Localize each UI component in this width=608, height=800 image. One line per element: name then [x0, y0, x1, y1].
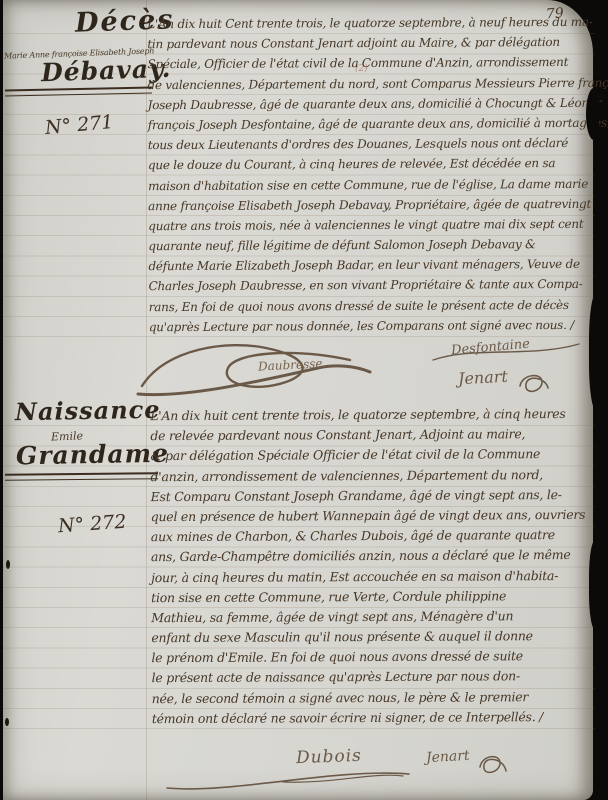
- record-deces-margin-underline: [5, 86, 152, 96]
- signature-jenart-record1: Jenart: [458, 367, 509, 389]
- body-line: témoin ont déclaré ne savoir écrire ni s…: [152, 707, 598, 730]
- body-line: tous deux Lieutenants d'ordres des Douan…: [148, 133, 598, 156]
- body-line: rans, En foi de quoi nous avons dressé d…: [149, 294, 599, 317]
- record-naissance-margin-title: Naissance: [15, 395, 161, 427]
- signature-jenart-record2-paraph: [476, 751, 508, 779]
- body-line: née, le second témoin a signé avec nous,…: [152, 686, 598, 709]
- body-line: & par délégation Spéciale Officier de l'…: [150, 444, 596, 467]
- body-line: ans, Garde-Champêtre domiciliés anzin, n…: [151, 545, 597, 568]
- body-line: maison d'habitation sise en cette Commun…: [148, 173, 598, 196]
- record-deces-act-number: N° 271: [44, 111, 114, 139]
- record-naissance-margin-underline: [5, 472, 158, 481]
- photo-edge-irregularity: [589, 540, 598, 630]
- body-line: le prénom d'Emile. En foi de quoi nous a…: [151, 646, 597, 669]
- body-line: L'An dix huit cent trente trois, le quat…: [150, 404, 596, 427]
- body-line: qu'après Lecture par nous donnée, les Co…: [149, 315, 599, 338]
- body-line: Joseph Daubresse, âgé de quarante deux a…: [148, 93, 598, 116]
- signature-dubois-flourish: [163, 762, 413, 792]
- signature-jenart-record2: Jenart: [426, 748, 470, 766]
- body-line: anne françoise Elisabeth Joseph Debavay,…: [148, 194, 598, 217]
- edge-speck: [5, 718, 9, 726]
- body-line: de valenciennes, Département du nord, so…: [147, 72, 597, 95]
- signature-jenart-record1-paraph: [516, 370, 550, 398]
- signature-desfontaine-flourish: [431, 342, 581, 364]
- body-line: d'anzin, arrondissement de valenciennes,…: [150, 464, 596, 487]
- body-line: Charles Joseph Daubresse, en son vivant …: [149, 274, 599, 297]
- body-line: tin pardevant nous Constant Jenart adjoi…: [147, 32, 597, 55]
- body-line: défunte Marie Elizabeth Joseph Badar, en…: [148, 254, 598, 277]
- body-line: quarante neuf, fille légitime de défunt …: [148, 234, 598, 257]
- record-naissance-body-text: L'An dix huit cent trente trois, le quat…: [150, 404, 598, 729]
- body-line: jour, à cinq heures du matin, Est accouc…: [151, 565, 597, 588]
- paper-sheet: 79 (2) Décès Marie Anne françoise Elisab…: [3, 0, 593, 800]
- photo-edge-irregularity: [586, 88, 599, 140]
- body-line: de relevée pardevant nous Constant Jenar…: [150, 424, 596, 447]
- record-naissance-margin-surname: Grandame: [16, 439, 169, 471]
- body-line: quel en présence de hubert Wannepain âgé…: [151, 505, 597, 528]
- record-naissance-act-number: N° 272: [57, 511, 127, 538]
- body-line: enfant du sexe Masculin qu'il nous prése…: [151, 626, 597, 649]
- body-line: tion sise en cette Commune, rue Verte, C…: [151, 586, 597, 609]
- body-line: le présent acte de naissance qu'après Le…: [152, 666, 598, 689]
- body-line: Mathieu, sa femme, âgée de vingt sept an…: [151, 606, 597, 629]
- body-line: aux mines de Charbon, & Charles Dubois, …: [151, 525, 597, 548]
- photo-edge-irregularity: [589, 292, 600, 412]
- body-line: françois Joseph Desfontaine, âgé de quar…: [148, 113, 598, 136]
- scanned-register-page: 79 (2) Décès Marie Anne françoise Elisab…: [0, 0, 608, 800]
- record-deces-body-text: L'An dix huit Cent trente trois, le quat…: [147, 12, 599, 337]
- body-line: Est Comparu Constant Joseph Grandame, âg…: [151, 485, 597, 508]
- body-line: L'An dix huit Cent trente trois, le quat…: [147, 12, 597, 35]
- edge-speck: [6, 560, 10, 569]
- body-line: quatre ans trois mois, née à valencienne…: [148, 214, 598, 237]
- body-line: Spéciale, Officier de l'état civil de la…: [147, 52, 597, 75]
- signature-daubresse-flourish: [136, 338, 376, 400]
- body-line: que le douze du Courant, à cinq heures d…: [148, 153, 598, 176]
